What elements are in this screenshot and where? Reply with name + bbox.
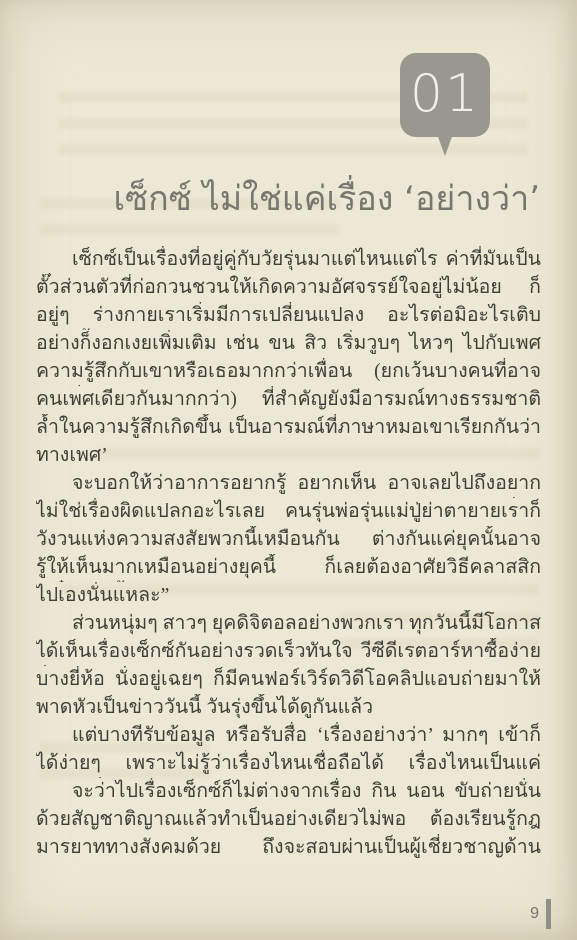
text-line: แต่บางทีรับข้อมูล หรือรับสื่อ ‘เรื่องอย่… bbox=[36, 722, 541, 750]
text-line: ไม่ใช่เรื่องผิดแปลกอะไรเลย คนรุ่นพ่อรุ่น… bbox=[36, 498, 541, 526]
text-line: เซ็กซ์เป็นเรื่องที่อยู่คู่กับวัยรุ่นมาแต… bbox=[36, 246, 541, 274]
chapter-number: 01 bbox=[410, 68, 480, 120]
text-line: ด้วยสัญชาติญาณแล้วทำเป็นอย่างเดียวไม่พอ … bbox=[36, 806, 541, 834]
text-line: ส่วนหนุ่มๆ สาวๆ ยุคดิจิตอลอย่างพวกเรา ทุ… bbox=[36, 610, 541, 638]
book-page: 01 เซ็กซ์ ไม่ใช่แค่เรื่อง ‘อย่างว่า’ เซ็… bbox=[0, 0, 577, 940]
text-line: บางยี่ห้อ นั่งอยู่เฉยๆ ก็มีคนฟอร์เวิร์ดว… bbox=[36, 666, 541, 694]
badge-tail-pointer bbox=[437, 134, 453, 156]
page-number: 9 bbox=[530, 905, 539, 923]
text-line: ล้ำในความรู้สึกเกิดขึ้น เป็นอารมณ์ที่ภาษ… bbox=[36, 414, 541, 442]
text-line: มารยาททางสังคมด้วย ถึงจะสอบผ่านเป็นผู้เช… bbox=[36, 834, 541, 862]
page-footer: 9 bbox=[530, 899, 551, 929]
text-line: ไปเองนั่นแหละ” bbox=[36, 582, 541, 610]
text-line: ได้เห็นเรื่องเซ็กซ์กันอย่างรวดเร็วทันใจ … bbox=[36, 638, 541, 666]
text-line: จะว่าไปเรื่องเซ็กซ์ก็ไม่ต่างจากเรื่อง กิ… bbox=[36, 778, 541, 806]
chapter-title: เซ็กซ์ ไม่ใช่แค่เรื่อง ‘อย่างว่า’ bbox=[113, 176, 540, 222]
text-line: อย่างก็งอกเงยเพิ่มเติม เช่น ขน สิว เริ่ม… bbox=[36, 330, 541, 358]
text-line: วังวนแห่งความสงสัยพวกนี้เหมือนกัน ต่างกั… bbox=[36, 526, 541, 554]
text-line: อยู่ๆ ร่างกายเราเริ่มมีการเปลี่ยนแปลง อะ… bbox=[36, 302, 541, 330]
text-line: รู้ให้เห็นมากเหมือนอย่างยุคนี้ ก็เลยต้อง… bbox=[36, 554, 541, 582]
body-text: เซ็กซ์เป็นเรื่องที่อยู่คู่กับวัยรุ่นมาแต… bbox=[36, 246, 541, 862]
text-line: ตั๊วส่วนตัวที่ก่อกวนชวนให้เกิดความอัศจรร… bbox=[36, 274, 541, 302]
text-line: ได้ง่ายๆ เพราะไม่รู้ว่าเรื่องไหนเชื่อถือ… bbox=[36, 750, 541, 778]
text-line: จะบอกให้ว่าอาการอยากรู้ อยากเห็น อาจเลยไ… bbox=[36, 470, 541, 498]
page-number-bar bbox=[546, 899, 551, 929]
text-line: คนเพศเดียวกันมากกว่า) ที่สำคัญยังมีอารมณ… bbox=[36, 386, 541, 414]
chapter-number-badge: 01 bbox=[400, 53, 490, 137]
text-line: ความรู้สึกกับเขาหรือเธอมากกว่าเพื่อน (ยก… bbox=[36, 358, 541, 386]
text-line: พาดหัวเป็นข่าววันนี้ วันรุ่งขึ้นได้ดูกัน… bbox=[36, 694, 541, 722]
text-line: ทางเพศ’ bbox=[36, 442, 541, 470]
